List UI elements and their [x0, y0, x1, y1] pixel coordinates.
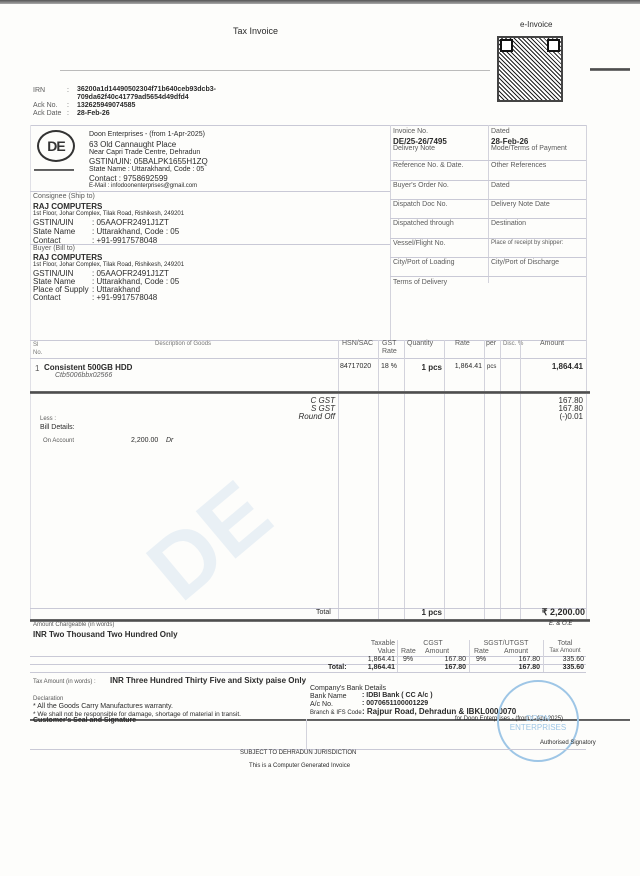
seller-gstin: GSTIN/UIN: 05BALPK1655H1ZQ: [89, 157, 208, 166]
qr-code: [497, 36, 563, 102]
customer-seal-label: Customer's Seal and Signature: [33, 717, 136, 724]
ts-row-cgst-rate: 9%: [403, 656, 413, 663]
col-desc: Description of Goods: [155, 341, 211, 347]
bank-name-label: Bank Name: [310, 693, 347, 700]
ack-no: 132625949074585: [77, 102, 135, 109]
ts-taxable: Taxable: [325, 640, 395, 647]
col-no: No.: [33, 350, 42, 356]
ts-cgst-amount: Amount: [425, 648, 449, 655]
ts-cgst-rate: Rate: [401, 648, 416, 655]
declaration-heading: Declaration: [33, 696, 63, 702]
meta-field-left: Vessel/Flight No.: [393, 240, 446, 247]
total-label: Total: [316, 609, 331, 616]
scan-edge: [0, 0, 640, 4]
item-sl: 1: [35, 364, 39, 373]
item-rate: 1,864.41: [444, 363, 482, 370]
branch-label: Branch & IFS Code: [310, 710, 362, 716]
less-label: Less :: [40, 416, 56, 422]
item-per: pcs: [487, 364, 496, 370]
ts-sgst-amount: Amount: [504, 648, 528, 655]
dated-label: Dated: [491, 128, 510, 135]
ts-value: Value: [325, 648, 395, 655]
buyer-heading: Buyer (Bill to): [33, 245, 75, 252]
ts-totals-taxable: 1,864.41: [335, 664, 395, 671]
item-amount: 1,864.41: [520, 362, 583, 371]
ts-row-sgst-rate: 9%: [476, 656, 486, 663]
consignee-address: 1st Floor, Johar Complex, Tilak Road, Ri…: [33, 211, 184, 217]
buyer-contact: : +91-9917578048: [92, 293, 157, 302]
seller-address2: Near Capri Trade Centre, Dehradun: [89, 149, 200, 156]
invoice-no-label: Invoice No.: [393, 128, 428, 135]
col-hsn: HSN/SAC: [342, 340, 373, 347]
buyer-name: RAJ COMPUTERS: [33, 253, 102, 262]
ts-totals-total: 335.60: [544, 664, 584, 671]
item-gst: 18 %: [381, 363, 397, 370]
item-qty: 1 pcs: [404, 363, 442, 372]
branch: : Rajpur Road, Dehradun & IBKL0000070: [362, 707, 516, 716]
seller-email: E-Mail : infodoonenterprises@gmail.com: [89, 183, 197, 189]
irn-line2: 709da62f40c41779ad5654d49dfd4: [77, 94, 189, 101]
consignee-gstin: : 05AAOFR2491J1ZT: [92, 218, 169, 227]
consignee-state-label: State Name: [33, 227, 75, 236]
bank-name: : IDBI Bank ( CC A/c ): [362, 692, 433, 699]
ack-date: 28-Feb-26: [77, 110, 110, 117]
ts-sgst-rate: Rate: [474, 648, 489, 655]
col-sl: Sl: [33, 342, 38, 348]
buyer-address: 1st Floor, Johar Complex, Tilak Road, Ri…: [33, 262, 184, 268]
meta-field-left: Dispatch Doc No.: [393, 201, 447, 208]
meta-field-left: Buyer's Order No.: [393, 182, 449, 189]
ts-totals-cgst: 167.80: [420, 664, 466, 671]
divider: [60, 70, 490, 71]
meta-field-right: Mode/Terms of Payment: [491, 145, 567, 152]
ack-date-label: Ack Date: [33, 110, 61, 117]
tax-words: INR Three Hundred Thirty Five and Sixty …: [110, 676, 306, 685]
ts-cgst: CGST: [398, 640, 468, 647]
col-per: per: [486, 340, 496, 347]
col-qty: Quantity: [407, 340, 433, 347]
buyer-contact-label: Contact: [33, 293, 61, 302]
consignee-state: : Uttarakhand, Code : 05: [92, 227, 179, 236]
on-account-value: 2,200.00: [131, 437, 158, 444]
consignee-heading: Consignee (Ship to): [33, 193, 95, 200]
bank-heading: Company's Bank Details: [310, 685, 386, 692]
ts-total-tax: Tax Amount: [544, 648, 586, 654]
document-title: Tax Invoice: [233, 26, 278, 36]
ack-no-label: Ack No.: [33, 102, 58, 109]
meta-field-left: City/Port of Loading: [393, 259, 454, 266]
col-gst-rate: Rate: [382, 348, 397, 355]
terms-of-delivery-label: Terms of Delivery: [393, 279, 447, 286]
meta-field-left: Reference No. & Date.: [393, 162, 463, 169]
ts-sgst: SGST/UTGST: [470, 640, 542, 647]
on-account-suffix: Dr: [166, 437, 173, 444]
computer-generated-note: This is a Computer Generated Invoice: [249, 763, 350, 769]
seller-state: State Name : Uttarakhand, Code : 05: [89, 166, 204, 173]
authorised-signatory: Authorised Signatory: [540, 740, 596, 746]
acc-label: A/c No.: [310, 701, 333, 708]
ts-row-cgst-amt: 167.80: [420, 656, 466, 663]
einvoice-label: e-Invoice: [520, 20, 552, 29]
consignee-gstin-label: GSTIN/UIN: [33, 218, 73, 227]
col-amount: Amount: [540, 340, 564, 347]
ts-row-taxable: 1,864.41: [335, 656, 395, 663]
total-qty: 1 pcs: [404, 608, 442, 617]
meta-field-right: Place of receipt by shipper:: [491, 240, 563, 246]
meta-field-left: Delivery Note: [393, 145, 435, 152]
meta-field-right: Delivery Note Date: [491, 201, 550, 208]
meta-field-right: Destination: [491, 220, 526, 227]
item-serial: Ctb5006bbx02566: [55, 372, 112, 379]
total-amount: ₹ 2,200.00: [510, 607, 585, 618]
item-description: Consistent 500GB HDD: [44, 363, 132, 372]
seller-name: Doon Enterprises - (from 1-Apr-2025): [89, 131, 205, 138]
meta-field-left: Dispatched through: [393, 220, 454, 227]
scan-mark: [34, 169, 74, 171]
meta-field-right: Other References: [491, 162, 546, 169]
consignee-name: RAJ COMPUTERS: [33, 202, 102, 211]
tax-words-label: Tax Amount (in words) :: [33, 679, 96, 685]
acc-no: : 0070651100001229: [362, 700, 428, 707]
tax-amount: (-)0.01: [520, 412, 583, 421]
jurisdiction: SUBJECT TO DEHRADUN JURISDICTION: [240, 750, 356, 756]
eoe-label: E. & O.E: [549, 621, 572, 627]
ts-row-sgst-amt: 167.80: [494, 656, 540, 663]
irn-label: IRN: [33, 87, 45, 94]
amount-words-label: Amount Chargeable (in words): [33, 622, 114, 628]
scan-mark: [590, 68, 630, 71]
on-account-label: On Account: [43, 438, 74, 444]
ts-row-total: 335.60: [544, 656, 584, 663]
col-gst: GST: [382, 340, 396, 347]
irn-line1: 36200a1d14490502304f71b640ceb93dcb3-: [77, 86, 216, 93]
seller-address1: 63 Old Cannaught Place: [89, 140, 176, 149]
meta-field-right: Dated: [491, 182, 510, 189]
amount-words: INR Two Thousand Two Hundred Only: [33, 630, 178, 639]
ts-totals-sgst: 167.80: [494, 664, 540, 671]
col-rate: Rate: [455, 340, 470, 347]
ts-total: Total: [544, 640, 586, 647]
seller-contact: Contact : 9758692599: [89, 174, 168, 183]
declaration-line1: * All the Goods Carry Manufactures warra…: [33, 703, 173, 710]
bill-details-label: Bill Details:: [40, 424, 75, 431]
meta-field-right: City/Port of Discharge: [491, 259, 559, 266]
company-logo: DE: [37, 130, 75, 162]
item-hsn: 84717020: [340, 363, 371, 370]
